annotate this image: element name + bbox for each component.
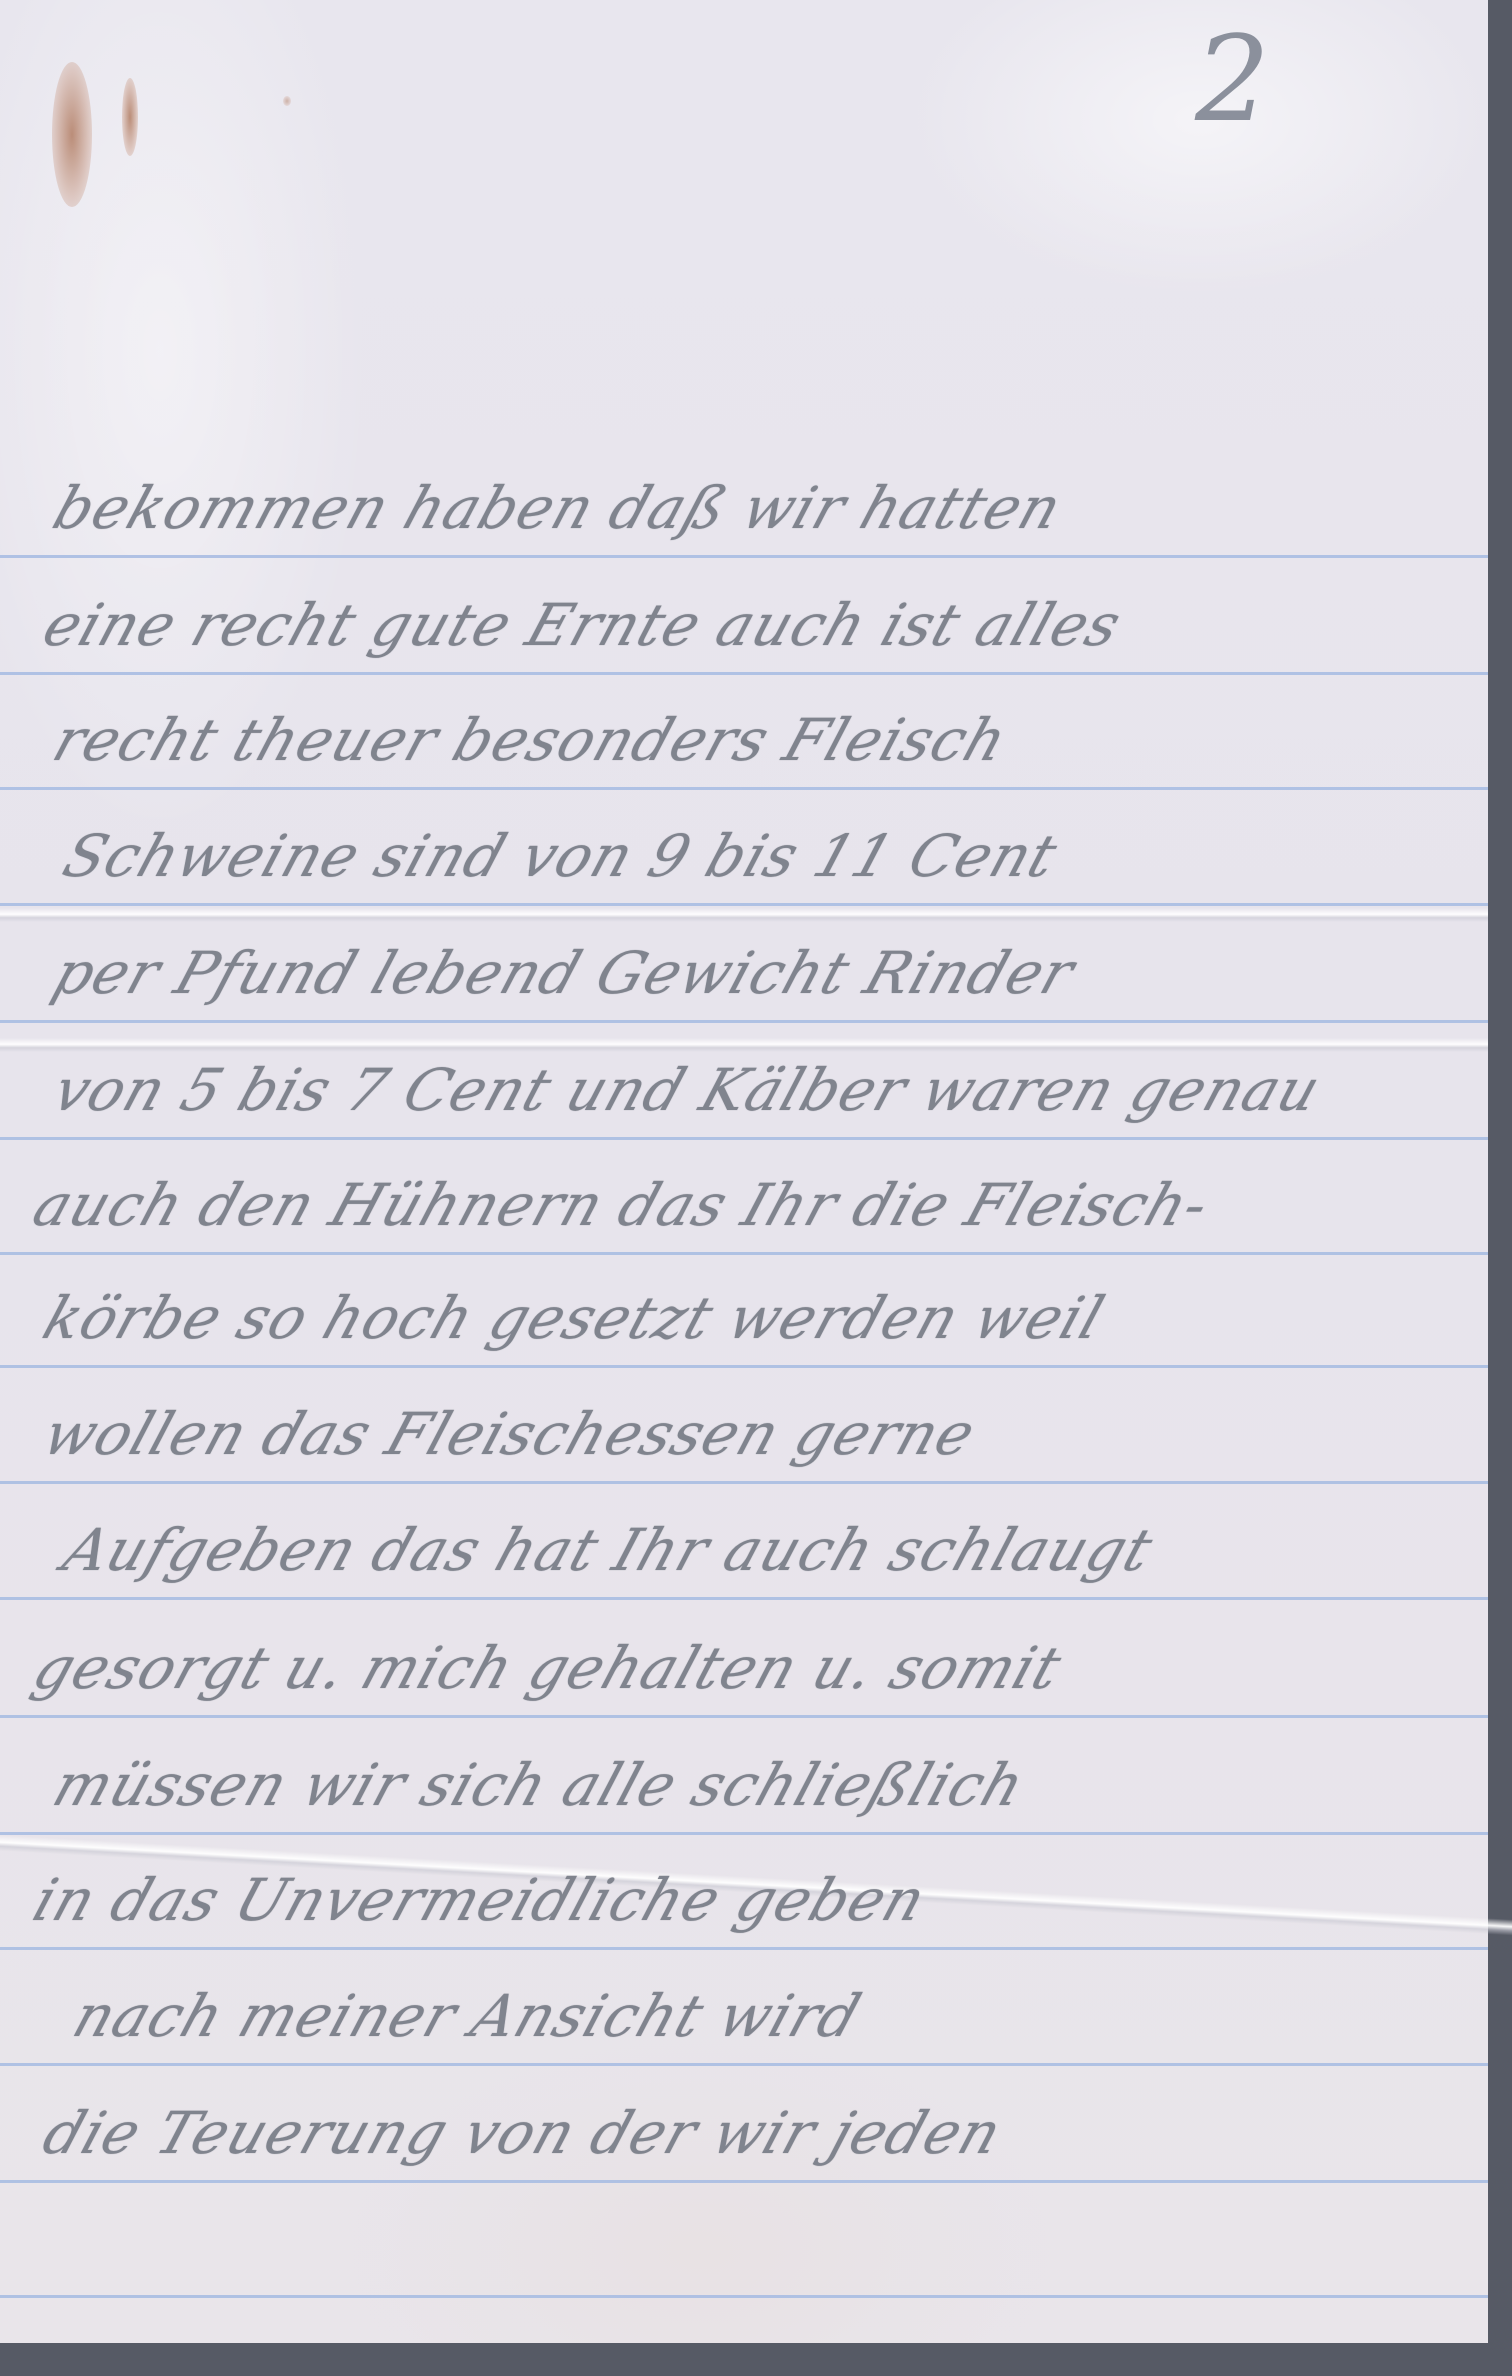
- rust-speck: [283, 96, 291, 106]
- handwritten-line: gesorgt u. mich gehalten u. somit: [20, 1618, 1492, 1718]
- handwritten-line: Schweine sind von 9 bis 11 Cent: [50, 806, 1512, 906]
- handwritten-line: körbe so hoch gesetzt werden weil: [30, 1268, 1502, 1368]
- handwritten-line: bekommen haben daß wir hatten: [40, 458, 1512, 558]
- handwritten-line: nach meiner Ansicht wird: [60, 1966, 1512, 2066]
- ruled-line: [0, 2295, 1488, 2298]
- handwritten-line: wollen das Fleischessen gerne: [30, 1384, 1502, 1484]
- page-number: 2: [1195, 20, 1270, 138]
- handwritten-line: recht theuer besonders Fleisch: [40, 690, 1512, 790]
- rust-stain-small: [122, 78, 138, 156]
- handwritten-line: von 5 bis 7 Cent und Kälber waren genau: [40, 1040, 1512, 1140]
- handwritten-line: per Pfund lebend Gewicht Rinder: [40, 923, 1512, 1023]
- fold-crease: [0, 908, 1488, 922]
- handwritten-line: müssen wir sich alle schließlich: [40, 1735, 1512, 1835]
- handwritten-line: in das Unvermeidliche geben: [20, 1850, 1492, 1950]
- handwritten-line: Aufgeben das hat Ihr auch schlaugt: [50, 1500, 1512, 1600]
- handwritten-line: die Teuerung von der wir jeden: [30, 2083, 1502, 2183]
- letter-page: 2 bekommen haben daß wir hatten eine rec…: [0, 0, 1488, 2343]
- handwritten-line: auch den Hühnern das Ihr die Fleisch-: [20, 1155, 1492, 1255]
- rust-stain-large: [52, 62, 92, 207]
- handwritten-line: eine recht gute Ernte auch ist alles: [30, 575, 1502, 675]
